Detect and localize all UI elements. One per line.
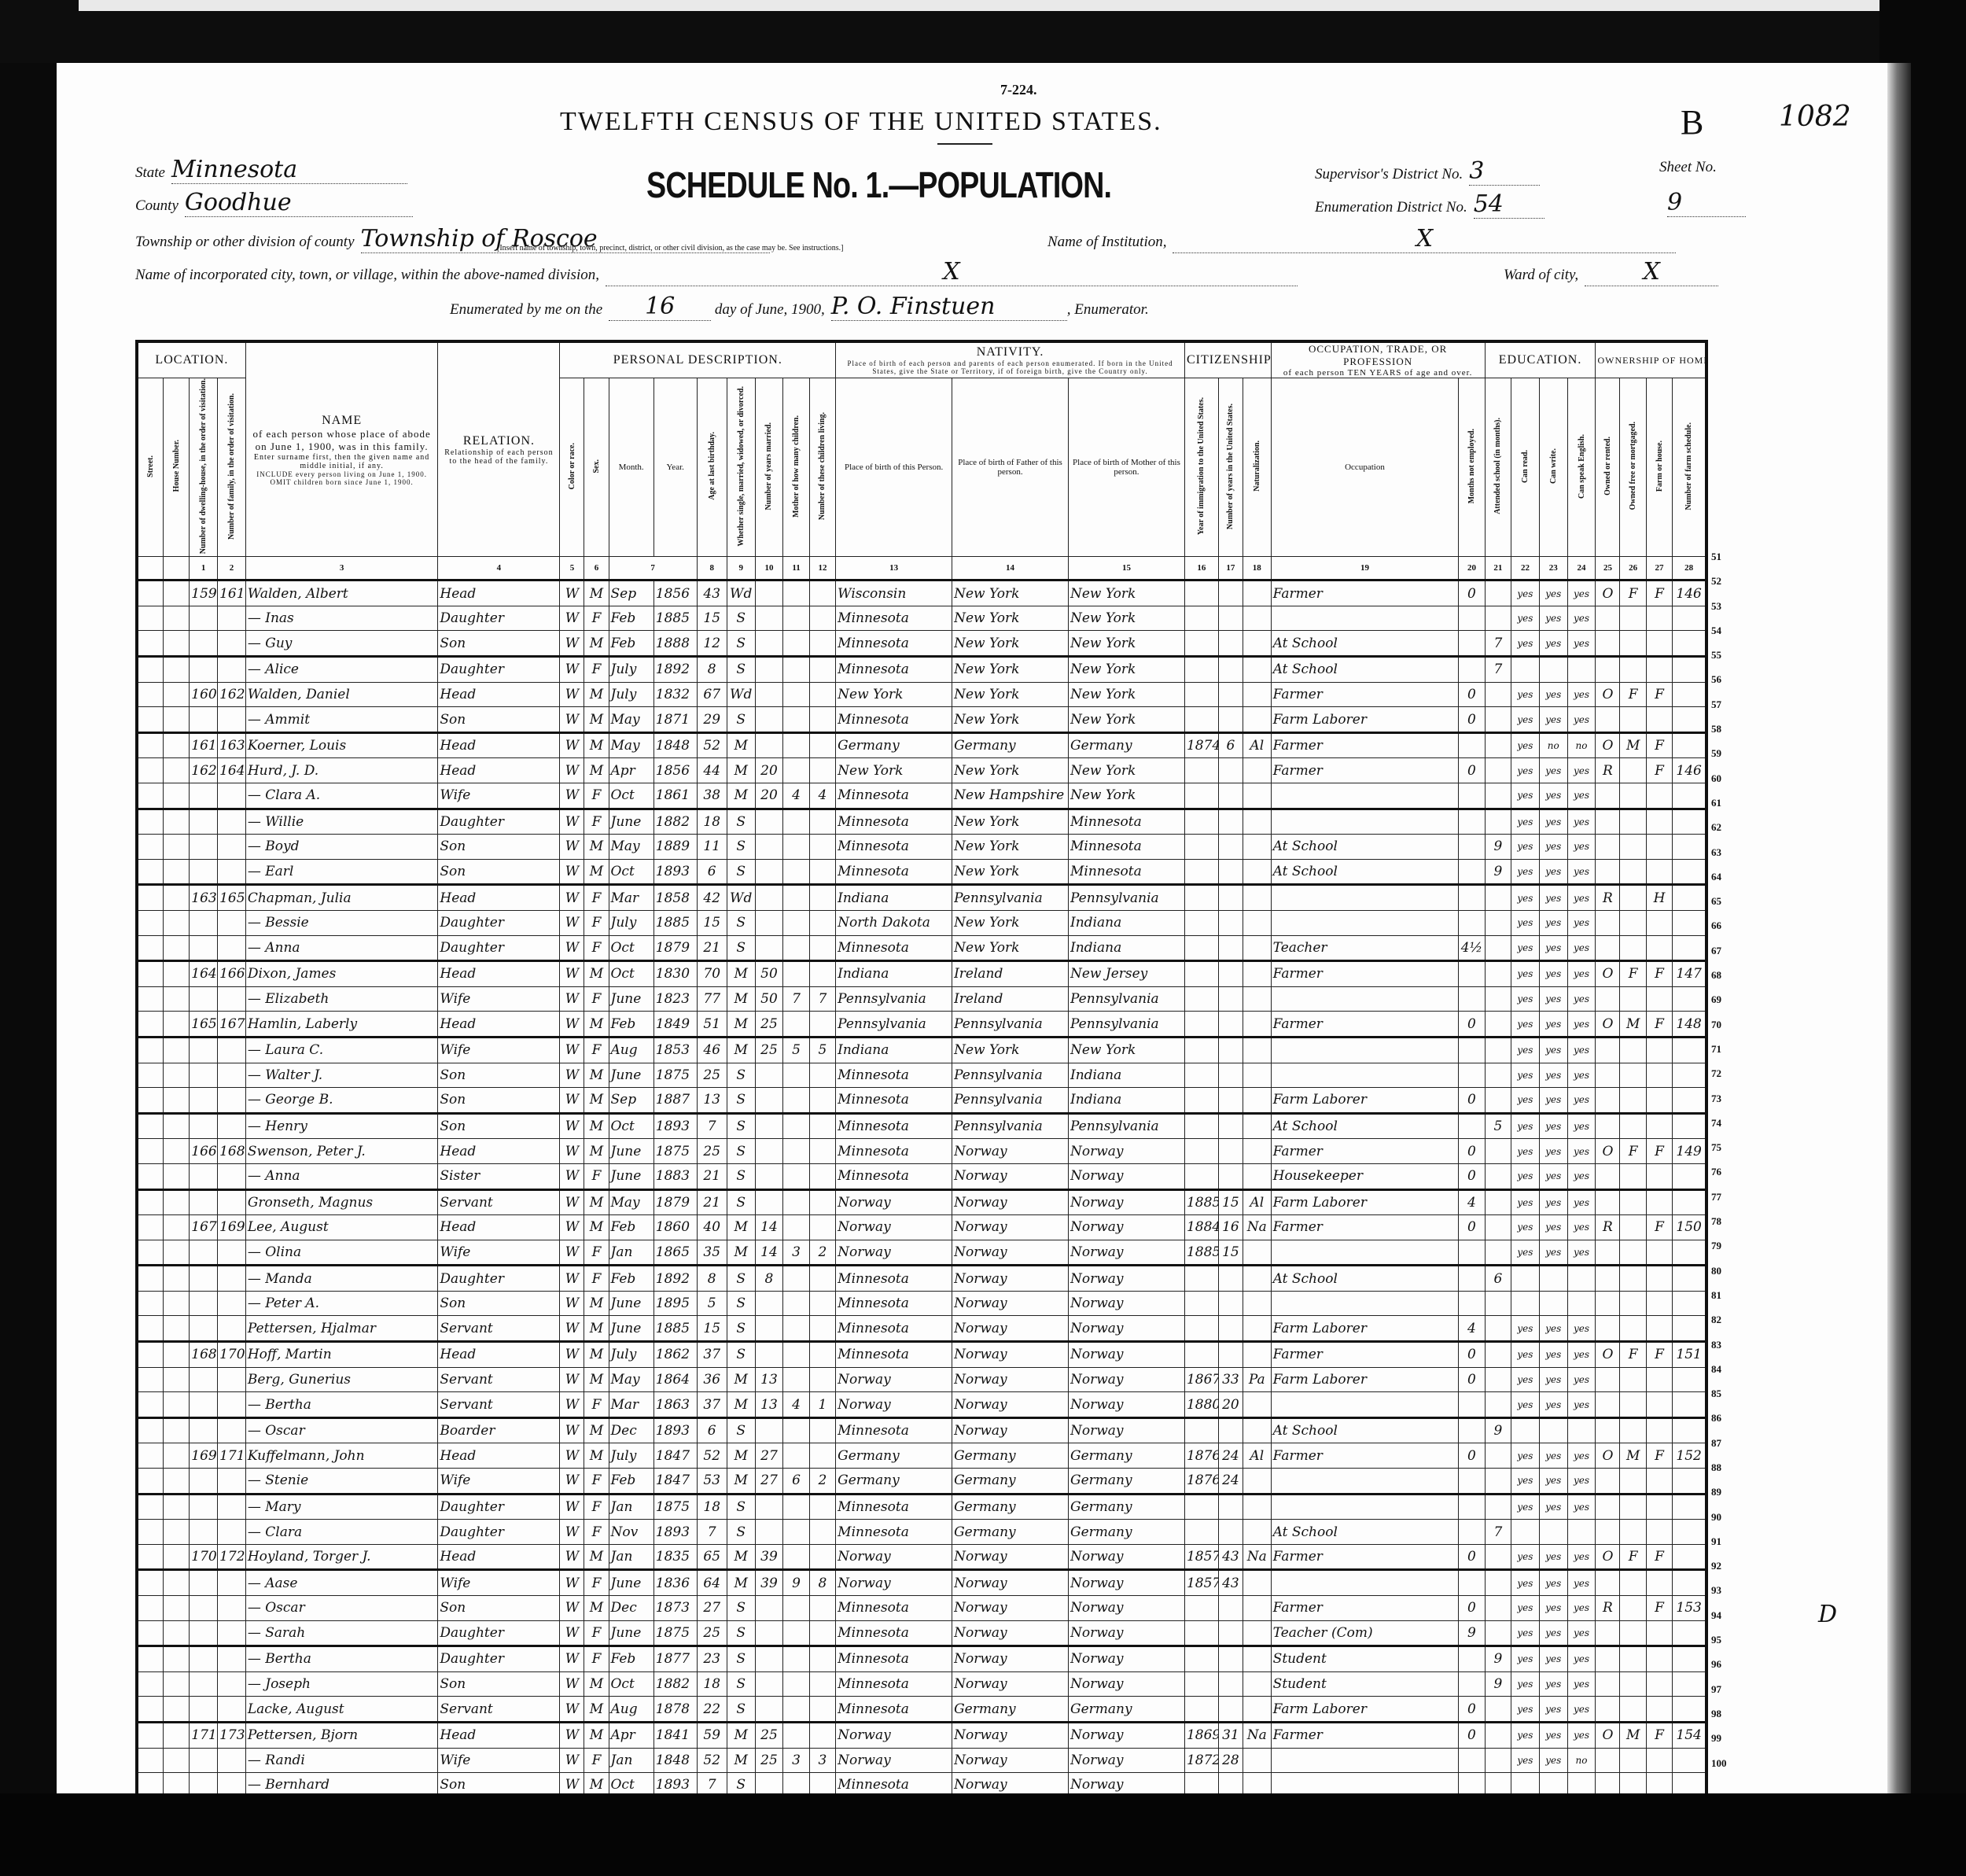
cell-person-name: — Clara A.	[245, 783, 438, 809]
cell-age: 42	[697, 885, 727, 911]
cell-occupation: Farmer	[1271, 1139, 1459, 1164]
cell-street	[137, 1596, 163, 1621]
sheet-no-field: 9	[1661, 189, 1746, 217]
cell-months-unemployed: 0	[1459, 580, 1485, 606]
cell-can-read: yes	[1511, 1748, 1540, 1773]
col-years-married: Number of years married.	[755, 378, 783, 557]
cell-years-married: 39	[755, 1570, 783, 1596]
cell-relation: Head	[438, 1722, 560, 1748]
cell-birth-month: June	[609, 809, 653, 835]
cell-can-write: yes	[1539, 961, 1567, 987]
cell-relation: Daughter	[438, 1646, 560, 1672]
cell-can-speak-english: yes	[1567, 1392, 1596, 1418]
cell-birth-month: May	[609, 1189, 653, 1215]
cell-birthplace-father: Pennsylvania	[952, 885, 1069, 911]
cell-can-read: yes	[1511, 1163, 1540, 1189]
col-sex: Sex.	[584, 378, 609, 557]
cell-years-married: 13	[755, 1392, 783, 1418]
cell-birth-year: 1877	[653, 1646, 697, 1672]
cell-house-number	[163, 1722, 189, 1748]
line-number: 51	[1711, 544, 1743, 569]
cell-immigration-year	[1184, 1646, 1218, 1672]
cell-farm-schedule	[1673, 1417, 1706, 1443]
cell-free-mortgaged	[1620, 1620, 1646, 1646]
cell-years-married	[755, 657, 783, 683]
cell-house-number	[163, 1417, 189, 1443]
cell-attended-school	[1485, 1012, 1511, 1038]
cell-attended-school	[1485, 1596, 1511, 1621]
column-number-10: 10	[755, 557, 783, 580]
cell-street	[137, 1266, 163, 1292]
cell-house-number	[163, 1266, 189, 1292]
cell-mother-of: 3	[783, 1748, 809, 1773]
cell-immigration-year	[1184, 1494, 1218, 1520]
cell-months-unemployed: 0	[1459, 1443, 1485, 1469]
cell-marital-status: S	[727, 1266, 755, 1292]
col-age: Age at last birthday.	[697, 378, 727, 557]
cell-attended-school	[1485, 809, 1511, 835]
cell-mother-of	[783, 910, 809, 935]
cell-age: 59	[697, 1722, 727, 1748]
cell-mother-of	[783, 1620, 809, 1646]
cell-relation: Wife	[438, 986, 560, 1012]
cell-sex: F	[584, 809, 609, 835]
cell-can-write: yes	[1539, 1469, 1567, 1495]
cell-can-read: yes	[1511, 1596, 1540, 1621]
cell-owned-rented	[1596, 1291, 1620, 1316]
cell-person-name: Hurd, J. D.	[245, 758, 438, 783]
cell-occupation: At School	[1271, 1113, 1459, 1139]
cell-months-unemployed	[1459, 631, 1485, 657]
cell-owned-rented: R	[1596, 1596, 1620, 1621]
cell-age: 46	[697, 1037, 727, 1063]
cell-can-speak-english: yes	[1567, 986, 1596, 1012]
cell-children-living	[809, 1367, 835, 1392]
cell-attended-school	[1485, 1722, 1511, 1748]
cell-owned-rented: R	[1596, 1215, 1620, 1240]
cell-birthplace-mother: Norway	[1069, 1544, 1185, 1570]
cell-owned-rented	[1596, 1671, 1620, 1697]
cell-naturalization	[1243, 1494, 1271, 1520]
cell-street	[137, 986, 163, 1012]
cell-birth-year: 1875	[653, 1063, 697, 1088]
cell-naturalization	[1243, 1620, 1271, 1646]
cell-street	[137, 1570, 163, 1596]
cell-marital-status: M	[727, 758, 755, 783]
cell-immigration-year	[1184, 707, 1218, 733]
cell-owned-rented: O	[1596, 1544, 1620, 1570]
cell-months-unemployed: 0	[1459, 1596, 1485, 1621]
cell-owned-rented	[1596, 1392, 1620, 1418]
column-number-row: 1234567891011121314151617181920212223242…	[137, 557, 1706, 580]
cell-family-number: 167	[218, 1012, 246, 1038]
cell-farm-house	[1646, 986, 1672, 1012]
cell-occupation: Farmer	[1271, 1215, 1459, 1240]
cell-birth-year: 1889	[653, 835, 697, 860]
cell-years-married	[755, 809, 783, 835]
cell-birthplace-person: Norway	[836, 1544, 952, 1570]
cell-birth-year: 1856	[653, 580, 697, 606]
cell-marital-status: S	[727, 835, 755, 860]
cell-street	[137, 835, 163, 860]
cell-sex: F	[584, 1240, 609, 1266]
cell-can-read: yes	[1511, 1544, 1540, 1570]
state-label: State	[135, 164, 165, 181]
cell-family-number	[218, 1266, 246, 1292]
cell-person-name: Walden, Daniel	[245, 682, 438, 707]
cell-street	[137, 1291, 163, 1316]
cell-street	[137, 657, 163, 683]
cell-attended-school	[1485, 1367, 1511, 1392]
cell-attended-school	[1485, 1189, 1511, 1215]
cell-farm-schedule	[1673, 1163, 1706, 1189]
cell-occupation	[1271, 606, 1459, 631]
cell-dwelling-number	[190, 1671, 218, 1697]
cell-birth-year: 1893	[653, 859, 697, 885]
cell-color: W	[560, 885, 584, 911]
cell-marital-status: M	[727, 1469, 755, 1495]
cell-immigration-year	[1184, 935, 1218, 961]
cell-birthplace-mother: Norway	[1069, 1291, 1185, 1316]
cell-age: 51	[697, 1012, 727, 1038]
cell-person-name: Pettersen, Hjalmar	[245, 1316, 438, 1342]
cell-birthplace-father: New York	[952, 935, 1069, 961]
cell-street	[137, 1392, 163, 1418]
cell-family-number: 171	[218, 1443, 246, 1469]
cell-birthplace-mother: Norway	[1069, 1189, 1185, 1215]
cell-naturalization: Al	[1243, 732, 1271, 758]
cell-free-mortgaged	[1620, 1266, 1646, 1292]
cell-house-number	[163, 1596, 189, 1621]
cell-relation: Son	[438, 631, 560, 657]
cell-street	[137, 935, 163, 961]
column-number-1: 1	[190, 557, 218, 580]
cell-birthplace-father: New Hampshire	[952, 783, 1069, 809]
cell-age: 37	[697, 1342, 727, 1368]
cell-house-number	[163, 1037, 189, 1063]
cell-birth-year: 1875	[653, 1139, 697, 1164]
cell-children-living	[809, 1697, 835, 1723]
cell-can-read: yes	[1511, 1620, 1540, 1646]
cell-marital-status: S	[727, 1342, 755, 1368]
cell-color: W	[560, 1342, 584, 1368]
township-label: Township or other division of county	[135, 234, 355, 250]
cell-person-name: — Clara	[245, 1520, 438, 1545]
cell-birthplace-person: Minnesota	[836, 1088, 952, 1114]
cell-attended-school	[1485, 1697, 1511, 1723]
cell-farm-schedule	[1673, 1646, 1706, 1672]
cell-years-married: 25	[755, 1012, 783, 1038]
cell-attended-school	[1485, 1291, 1511, 1316]
cell-birthplace-mother: Norway	[1069, 1417, 1185, 1443]
cell-years-married: 14	[755, 1240, 783, 1266]
cell-farm-house: F	[1646, 1139, 1672, 1164]
cell-street	[137, 961, 163, 987]
cell-years-in-us: 20	[1218, 1392, 1243, 1418]
column-number-21: 21	[1485, 557, 1511, 580]
cell-years-in-us	[1218, 835, 1243, 860]
cell-person-name: — Alice	[245, 657, 438, 683]
cell-sex: M	[584, 580, 609, 606]
cell-can-speak-english: yes	[1567, 1469, 1596, 1495]
cell-marital-status: S	[727, 1139, 755, 1164]
cell-naturalization	[1243, 758, 1271, 783]
cell-age: 44	[697, 758, 727, 783]
cell-free-mortgaged	[1620, 1697, 1646, 1723]
cell-can-read: yes	[1511, 835, 1540, 860]
cell-free-mortgaged	[1620, 859, 1646, 885]
cell-person-name: — Stenie	[245, 1469, 438, 1495]
cell-farm-schedule: 153	[1673, 1596, 1706, 1621]
cell-months-unemployed	[1459, 1646, 1485, 1672]
cell-person-name: — Randi	[245, 1748, 438, 1773]
cell-farm-schedule	[1673, 1544, 1706, 1570]
cell-person-name: — Earl	[245, 859, 438, 885]
cell-owned-rented	[1596, 707, 1620, 733]
col-street: Street.	[137, 378, 163, 557]
cell-dwelling-number: 160	[190, 682, 218, 707]
cell-children-living	[809, 1215, 835, 1240]
cell-children-living	[809, 758, 835, 783]
cell-birthplace-mother: Norway	[1069, 1722, 1185, 1748]
cell-mother-of	[783, 631, 809, 657]
cell-relation: Head	[438, 1544, 560, 1570]
line-number: 99	[1711, 1726, 1743, 1750]
cell-birthplace-person: Pennsylvania	[836, 1012, 952, 1038]
cell-owned-rented	[1596, 606, 1620, 631]
cell-birth-month: Feb	[609, 1215, 653, 1240]
table-row: 171173Pettersen, BjornHeadWMApr184159M25…	[137, 1722, 1706, 1748]
cell-can-read: yes	[1511, 1240, 1540, 1266]
cell-house-number	[163, 910, 189, 935]
cell-farm-house	[1646, 1620, 1672, 1646]
cell-farm-schedule	[1673, 986, 1706, 1012]
cell-birthplace-father: New York	[952, 758, 1069, 783]
cell-birth-month: June	[609, 1570, 653, 1596]
cell-can-write	[1539, 1520, 1567, 1545]
cell-attended-school	[1485, 961, 1511, 987]
cell-years-married	[755, 707, 783, 733]
cell-farm-house	[1646, 783, 1672, 809]
cell-occupation	[1271, 885, 1459, 911]
cell-person-name: Chapman, Julia	[245, 885, 438, 911]
cell-street	[137, 1748, 163, 1773]
cell-occupation: Farm Laborer	[1271, 1316, 1459, 1342]
cell-naturalization	[1243, 910, 1271, 935]
cell-age: 21	[697, 1163, 727, 1189]
cell-family-number: 172	[218, 1544, 246, 1570]
cell-can-speak-english: yes	[1567, 1012, 1596, 1038]
cell-family-number	[218, 1469, 246, 1495]
cell-free-mortgaged	[1620, 1037, 1646, 1063]
cell-immigration-year	[1184, 1139, 1218, 1164]
cell-family-number	[218, 1748, 246, 1773]
cell-months-unemployed: 0	[1459, 1342, 1485, 1368]
table-row: — OlinaWifeWFJan186535M1432NorwayNorwayN…	[137, 1240, 1706, 1266]
cell-street	[137, 1646, 163, 1672]
cell-free-mortgaged: F	[1620, 1544, 1646, 1570]
column-number-7: 7	[609, 557, 697, 580]
cell-family-number: 164	[218, 758, 246, 783]
table-row: — BessieDaughterWFJuly188515SNorth Dakot…	[137, 910, 1706, 935]
cell-years-in-us: 31	[1218, 1722, 1243, 1748]
table-row: 170172Hoyland, Torger J.HeadWMJan183565M…	[137, 1544, 1706, 1570]
cell-dwelling-number	[190, 606, 218, 631]
cell-relation: Sister	[438, 1163, 560, 1189]
cell-naturalization	[1243, 783, 1271, 809]
cell-dwelling-number	[190, 657, 218, 683]
cell-years-in-us	[1218, 1417, 1243, 1443]
cell-house-number	[163, 732, 189, 758]
cell-can-speak-english: no	[1567, 732, 1596, 758]
cell-attended-school	[1485, 758, 1511, 783]
cell-farm-schedule	[1673, 1748, 1706, 1773]
cell-age: 11	[697, 835, 727, 860]
cell-can-speak-english: yes	[1567, 1113, 1596, 1139]
col-birthplace-person: Place of birth of this Person.	[836, 378, 952, 557]
table-row: — ElizabethWifeWFJune182377M5077Pennsylv…	[137, 986, 1706, 1012]
cell-family-number	[218, 1620, 246, 1646]
cell-marital-status: S	[727, 809, 755, 835]
cell-sex: M	[584, 1088, 609, 1114]
cell-free-mortgaged	[1620, 707, 1646, 733]
cell-can-read: yes	[1511, 1722, 1540, 1748]
cell-children-living	[809, 1544, 835, 1570]
cell-relation: Boarder	[438, 1417, 560, 1443]
col-birthplace-father: Place of birth of Father of this person.	[952, 378, 1069, 557]
line-number: 93	[1711, 1578, 1743, 1602]
cell-owned-rented: R	[1596, 758, 1620, 783]
cell-farm-house: F	[1646, 682, 1672, 707]
cell-naturalization	[1243, 1596, 1271, 1621]
cell-relation: Son	[438, 1088, 560, 1114]
cell-can-write: yes	[1539, 1063, 1567, 1088]
cell-naturalization	[1243, 1012, 1271, 1038]
cell-age: 23	[697, 1646, 727, 1672]
cell-months-unemployed	[1459, 1063, 1485, 1088]
cell-dwelling-number	[190, 707, 218, 733]
cell-attended-school	[1485, 1494, 1511, 1520]
cell-years-married	[755, 1316, 783, 1342]
cell-can-write: yes	[1539, 1392, 1567, 1418]
enumeration-district-label: Enumeration District No.	[1315, 199, 1467, 216]
previous-page-edge	[79, 0, 1887, 11]
cell-family-number	[218, 606, 246, 631]
cell-family-number	[218, 1037, 246, 1063]
cell-birth-month: Mar	[609, 1392, 653, 1418]
cell-dwelling-number: 161	[190, 732, 218, 758]
cell-months-unemployed	[1459, 606, 1485, 631]
cell-farm-house: F	[1646, 580, 1672, 606]
cell-street	[137, 1316, 163, 1342]
cell-mother-of	[783, 935, 809, 961]
cell-farm-schedule	[1673, 1570, 1706, 1596]
cell-months-unemployed	[1459, 910, 1485, 935]
county-label: County	[135, 197, 179, 214]
cell-children-living	[809, 835, 835, 860]
cell-free-mortgaged	[1620, 1240, 1646, 1266]
cell-free-mortgaged	[1620, 1570, 1646, 1596]
cell-age: 18	[697, 1494, 727, 1520]
cell-can-speak-english: yes	[1567, 1596, 1596, 1621]
cell-years-in-us	[1218, 1063, 1243, 1088]
cell-immigration-year: 1885	[1184, 1240, 1218, 1266]
cell-birthplace-father: New York	[952, 835, 1069, 860]
cell-birthplace-father: Norway	[952, 1342, 1069, 1368]
line-number: 78	[1711, 1209, 1743, 1233]
enumeration-date-field: Enumerated by me on the16 day of June, 1…	[450, 293, 1149, 321]
cell-street	[137, 809, 163, 835]
table-row: — George B.SonWMSep188713SMinnesotaPenns…	[137, 1088, 1706, 1114]
cell-birthplace-person: Minnesota	[836, 657, 952, 683]
cell-mother-of	[783, 1215, 809, 1240]
institution-value: X	[1173, 225, 1676, 253]
cell-house-number	[163, 1189, 189, 1215]
line-number: 73	[1711, 1086, 1743, 1111]
cell-street	[137, 1012, 163, 1038]
cell-mother-of	[783, 707, 809, 733]
cell-person-name: Berg, Gunerius	[245, 1367, 438, 1392]
cell-owned-rented	[1596, 1088, 1620, 1114]
cell-relation: Servant	[438, 1697, 560, 1723]
cell-person-name: — Willie	[245, 809, 438, 835]
cell-house-number	[163, 1291, 189, 1316]
cell-attended-school	[1485, 910, 1511, 935]
cell-children-living	[809, 1291, 835, 1316]
cell-naturalization	[1243, 961, 1271, 987]
cell-free-mortgaged	[1620, 1520, 1646, 1545]
cell-birth-year: 1863	[653, 1392, 697, 1418]
cell-birth-year: 1888	[653, 631, 697, 657]
line-number: 83	[1711, 1332, 1743, 1357]
table-row: — BerthaServantWFMar186337M1341NorwayNor…	[137, 1392, 1706, 1418]
cell-birthplace-father: Germany	[952, 1494, 1069, 1520]
cell-can-read: yes	[1511, 1342, 1540, 1368]
relation-group-header: RELATION.Relationship of each person to …	[438, 341, 560, 557]
cell-street	[137, 1469, 163, 1495]
cell-years-in-us	[1218, 783, 1243, 809]
cell-farm-schedule	[1673, 809, 1706, 835]
cell-owned-rented	[1596, 859, 1620, 885]
cell-birthplace-father: New York	[952, 606, 1069, 631]
cell-birthplace-mother: Norway	[1069, 1646, 1185, 1672]
cell-immigration-year: 1867	[1184, 1367, 1218, 1392]
cell-attended-school	[1485, 1469, 1511, 1495]
cell-birthplace-person: Minnesota	[836, 1291, 952, 1316]
cell-relation: Son	[438, 1113, 560, 1139]
cell-months-unemployed	[1459, 1266, 1485, 1292]
cell-immigration-year: 1874	[1184, 732, 1218, 758]
cell-mother-of	[783, 1088, 809, 1114]
cell-can-speak-english: yes	[1567, 1722, 1596, 1748]
cell-naturalization	[1243, 580, 1271, 606]
cell-free-mortgaged: F	[1620, 580, 1646, 606]
cell-naturalization: Pa	[1243, 1367, 1271, 1392]
cell-mother-of	[783, 1316, 809, 1342]
cell-sex: M	[584, 1417, 609, 1443]
cell-immigration-year: 1884	[1184, 1215, 1218, 1240]
cell-birthplace-mother: Pennsylvania	[1069, 1012, 1185, 1038]
cell-children-living: 5	[809, 1037, 835, 1063]
cell-marital-status: S	[727, 935, 755, 961]
cell-years-married: 39	[755, 1544, 783, 1570]
cell-free-mortgaged	[1620, 1748, 1646, 1773]
cell-house-number	[163, 758, 189, 783]
table-row: — OscarBoarderWMDec18936SMinnesotaNorway…	[137, 1417, 1706, 1443]
cell-sex: F	[584, 910, 609, 935]
cell-farm-schedule	[1673, 859, 1706, 885]
cell-birthplace-mother: Indiana	[1069, 910, 1185, 935]
